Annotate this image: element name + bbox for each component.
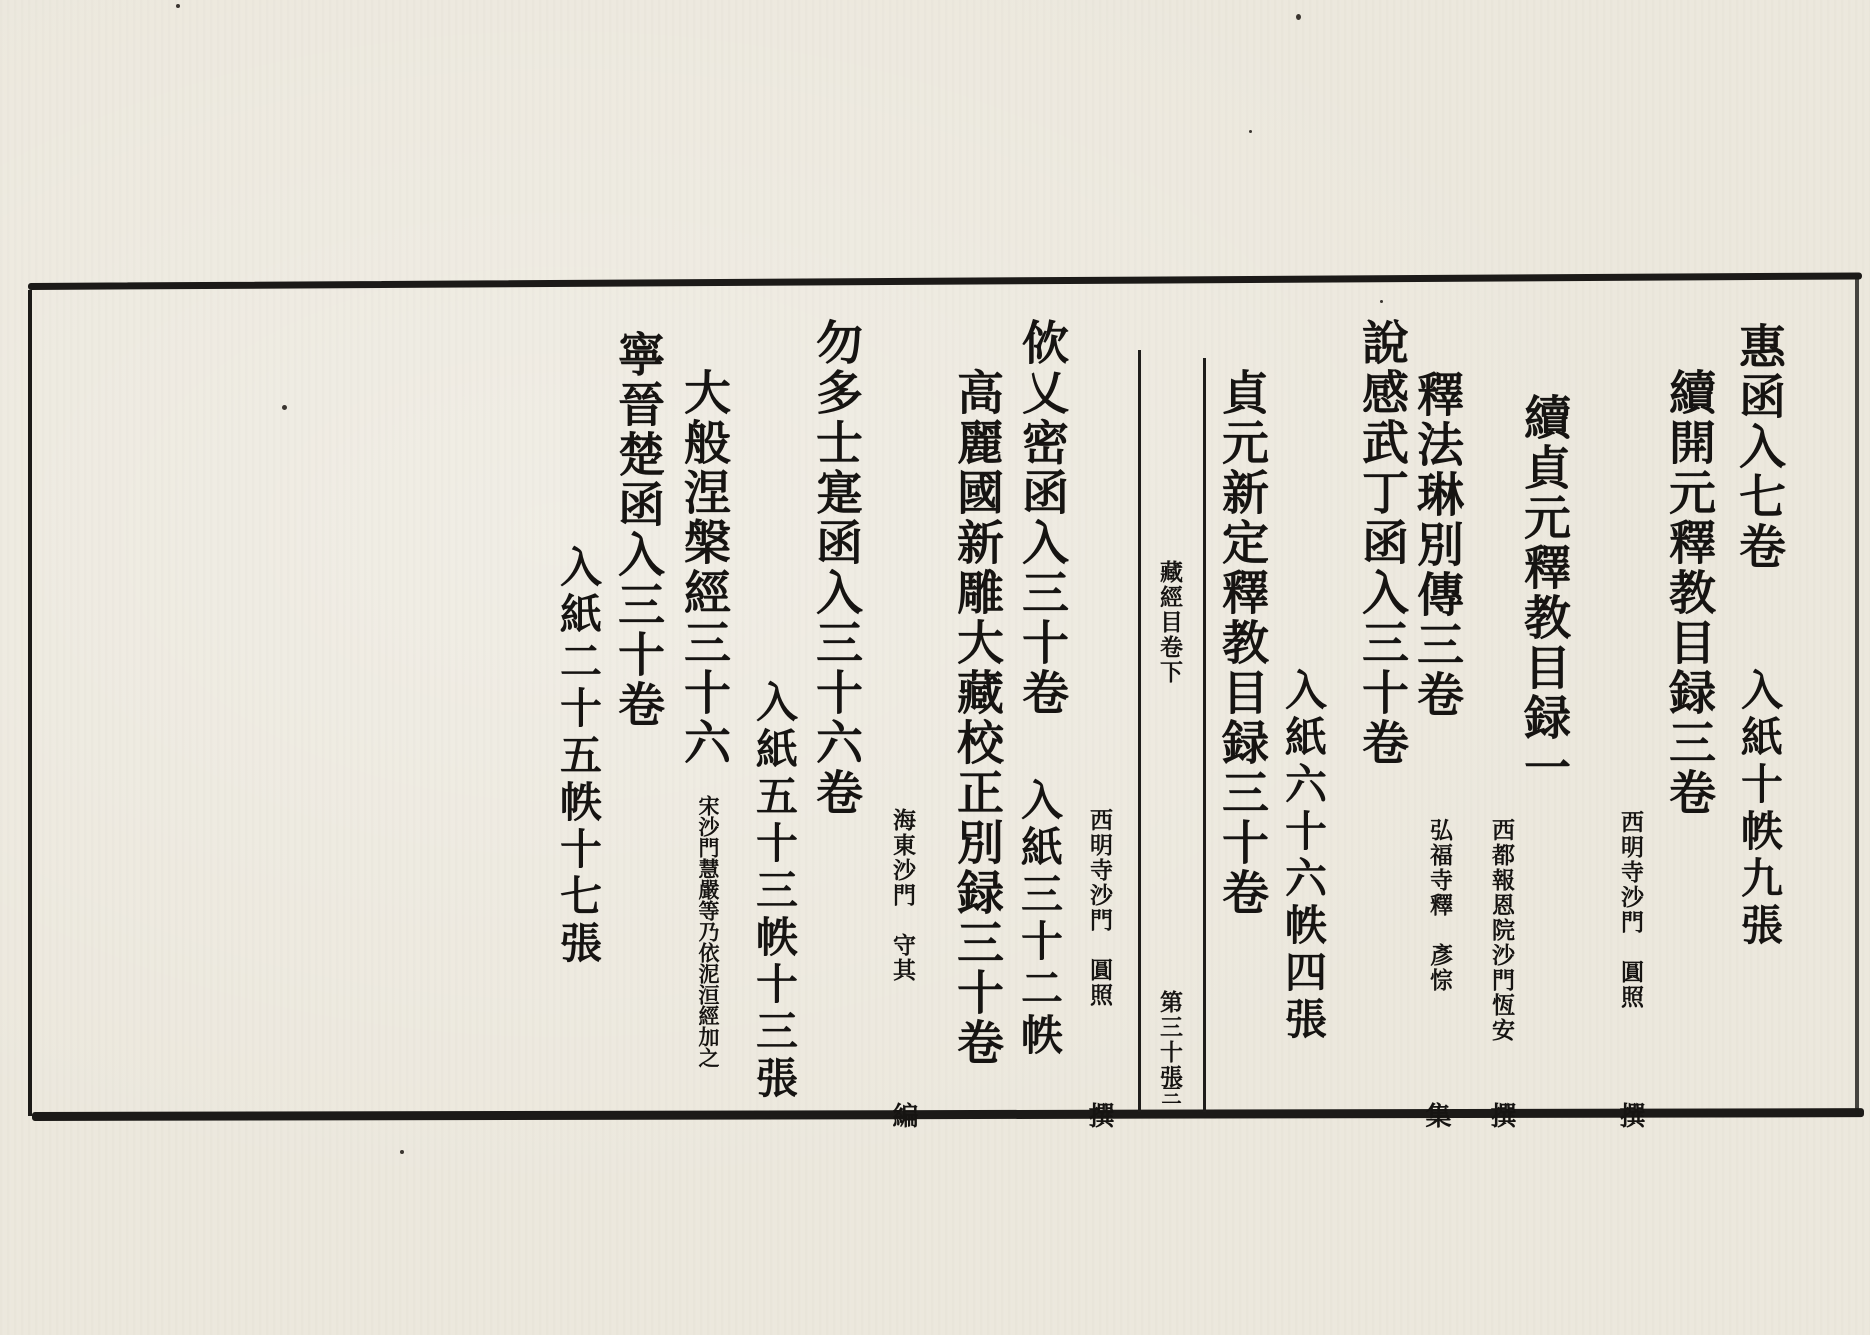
frame-top-border <box>28 272 1862 290</box>
case-heading-ci: 佽乂密函入三十卷 <box>1018 318 1065 718</box>
paper-speck <box>282 405 287 410</box>
paper-count-ning: 入紙二十五帙十七張 <box>557 545 599 968</box>
frame-right-border <box>1855 276 1859 1116</box>
paper-count-shuo: 入紙六十六帙四張 <box>1282 668 1324 1044</box>
title-xu-kaiyuan: 續開元釋教目録三卷 <box>1665 368 1712 818</box>
author-suffix-zhuan-3: 撰 <box>1086 1102 1112 1128</box>
author-sugi: 海東沙門 守其 <box>891 808 914 983</box>
author-suffix-zhuan-1: 撰 <box>1617 1102 1643 1128</box>
fold-line-right <box>1203 358 1206 1112</box>
author-yuanzhao-1: 西明寺沙門 圓照 <box>1619 810 1642 1010</box>
fold-margin-title: 藏經目卷下 <box>1158 560 1181 685</box>
fold-margin-page-number: 第三十張 <box>1158 990 1181 1090</box>
author-hengan: 西都報恩院沙門恆安 <box>1490 818 1513 1043</box>
case-heading-ning: 寧晉楚函入三十卷 <box>614 330 661 730</box>
author-yancong: 弘福寺釋 彥悰 <box>1428 818 1451 993</box>
paper-speck <box>1296 14 1301 20</box>
author-suffix-zhuan-2: 撰 <box>1488 1102 1514 1128</box>
title-goryeo-byeollok: 高麗國新雕大藏校正別録三十卷 <box>953 368 1000 1068</box>
frame-left-border <box>28 290 32 1116</box>
paper-speck <box>176 4 180 8</box>
paper-count-wu: 入紙五十三帙十三張 <box>753 680 795 1103</box>
case-heading-hui: 惠函入七卷 <box>1735 322 1782 572</box>
paper-count-ci: 入紙三十二帙 <box>1018 778 1060 1060</box>
paper-count-hui: 入紙十帙九張 <box>1738 668 1780 950</box>
paper-speck <box>400 1150 404 1154</box>
author-yuanzhao-2: 西明寺沙門 圓照 <box>1088 808 1111 1008</box>
title-xu-zhenyuan: 續貞元釋教目録一 <box>1520 393 1567 793</box>
author-suffix-bian: 編 <box>890 1102 916 1128</box>
note-huiyan: 宋沙門慧嚴等乃依泥洹經加之 <box>698 795 719 1068</box>
title-zhenyuan-xinding: 貞元新定釋教目録三十卷 <box>1218 368 1265 918</box>
case-heading-wu: 勿多士寔函入三十六卷 <box>812 318 859 818</box>
fold-margin-mark: 三 <box>1160 1085 1180 1106</box>
fold-line-left <box>1138 350 1141 1112</box>
title-falin-biezhuan: 釋法琳別傳三卷 <box>1413 370 1460 720</box>
author-suffix-ji: 集 <box>1423 1102 1449 1128</box>
case-heading-shuo: 說感武丁函入三十卷 <box>1358 318 1405 768</box>
paper-speck <box>1380 300 1383 303</box>
frame-bottom-border <box>32 1108 1864 1121</box>
paper-speck <box>1249 130 1252 133</box>
title-niepan-jing: 大般涅槃經三十六 <box>680 368 727 768</box>
